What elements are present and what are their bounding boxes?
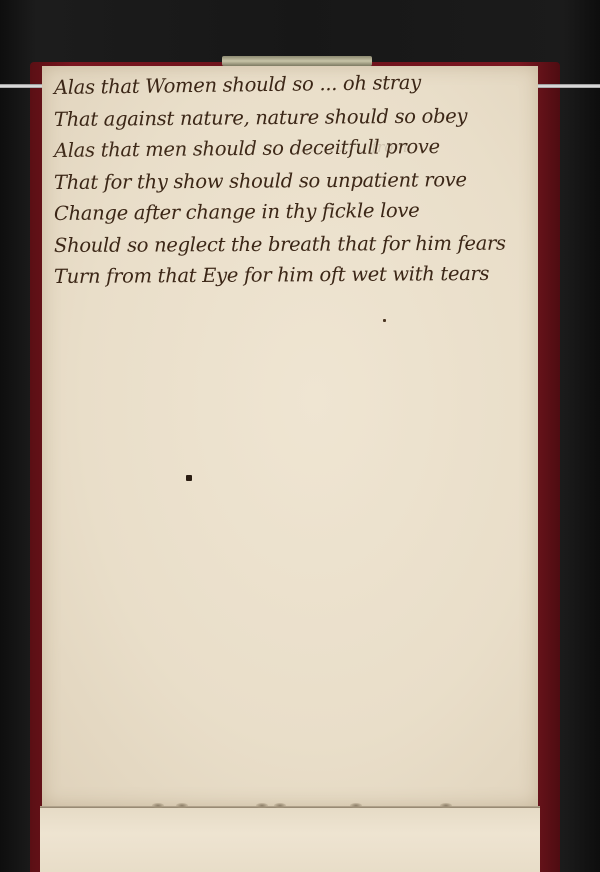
poem-line-2: That against nature, nature should so ob… xyxy=(54,99,538,135)
poem-line-6: Should so neglect the breath that for hi… xyxy=(54,227,538,261)
handwritten-poem: Alas that Women should so ... oh stray T… xyxy=(54,72,538,293)
next-page-edge xyxy=(40,808,540,872)
mount-strap-right xyxy=(528,84,600,88)
poem-line-7: Turn from that Eye for him oft wet with … xyxy=(54,258,538,293)
poem-line-5: Change after change in thy fickle love xyxy=(54,194,538,230)
notebook-clasp xyxy=(222,56,372,66)
ink-speck xyxy=(383,319,386,322)
poem-line-3: Alas that men should so deceitfull prove xyxy=(54,130,538,167)
poem-line-1: Alas that Women should so ... oh stray xyxy=(54,65,538,103)
poem-line-4: That for thy show should so unpatient ro… xyxy=(54,163,538,198)
ink-blot xyxy=(186,475,192,481)
